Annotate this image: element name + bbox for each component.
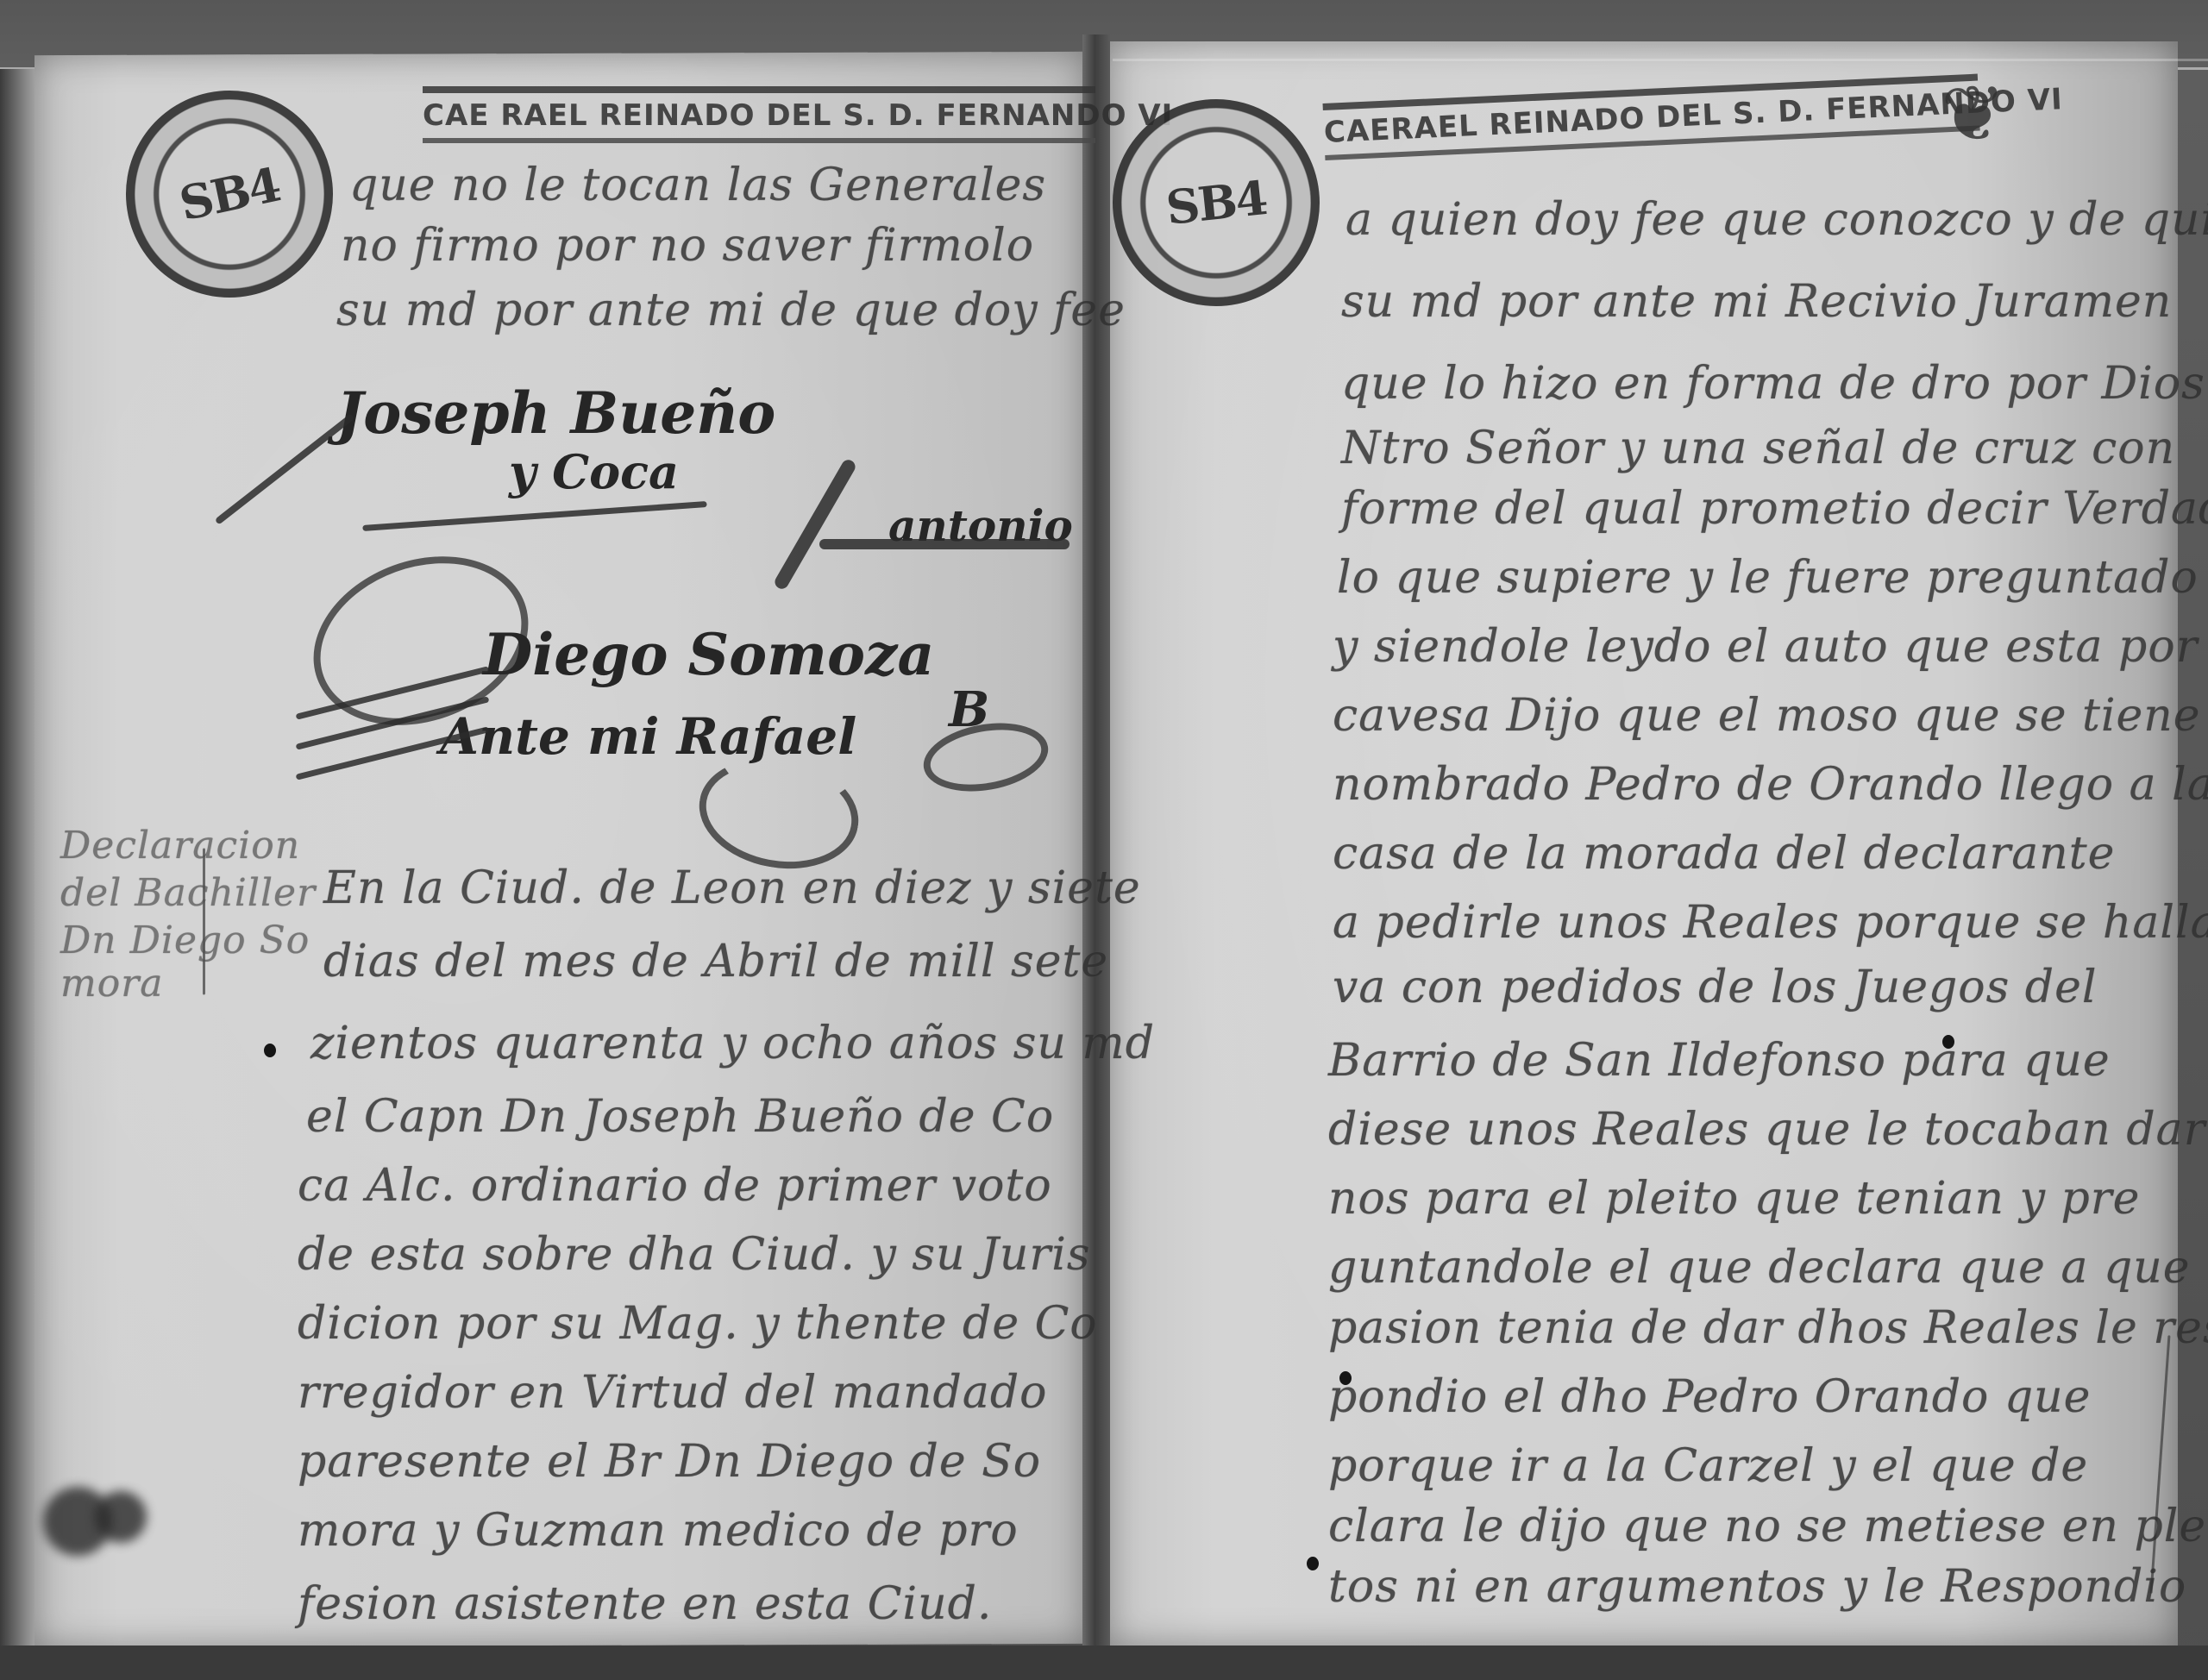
right-body-line: casa de la morada del declarante <box>1333 828 2115 880</box>
left-body-line: En la Ciud. de Leon en diez y siete <box>323 862 1141 914</box>
signature-coca: y Coca <box>509 444 679 499</box>
left-top-line: no firmo por no saver firmolo <box>341 220 1034 272</box>
signature-diego-somoza: Diego Somoza <box>483 621 934 688</box>
left-top-line: que no le tocan las Generales <box>349 160 1046 211</box>
page-border-line <box>2150 1335 2171 1593</box>
left-body-line: fesion asistente en esta Ciud. <box>298 1578 992 1630</box>
stamp-banner-left: CAE RAEL REINADO DEL S. D. FERNANDO VI <box>423 86 1095 143</box>
scan-dot-marker <box>264 1044 276 1057</box>
scan-dot-marker <box>1942 1035 1954 1049</box>
scan-bottom-edge <box>0 1646 2208 1680</box>
page-edge-left <box>0 69 38 1673</box>
right-body-line: guntandole el que declara que a que <box>1328 1242 2191 1294</box>
margin-note-line: Dn Diego So <box>60 918 310 962</box>
right-body-line: cavesa Dijo que el moso que se tiene <box>1333 690 2201 742</box>
signature-joseph-bueno: Joseph Bueño <box>336 379 775 447</box>
left-body-line: paresente el Br Dn Diego de So <box>298 1436 1041 1488</box>
ink-blot <box>95 1491 147 1543</box>
right-body-line: lo que supiere y le fuere preguntado <box>1337 552 2199 604</box>
margin-note-line: del Bachiller <box>60 871 316 915</box>
left-body-line: dicion por su Mag. y thente de Co <box>298 1298 1098 1350</box>
right-body-line: nos para el pleito que tenian y pre <box>1328 1173 2140 1225</box>
right-body-line: diese unos Reales que le tocaban dar <box>1328 1104 2206 1156</box>
left-body-line: dias del mes de Abril de mill sete <box>323 936 1108 987</box>
book-gutter <box>1082 34 1110 1656</box>
left-body-line: rregidor en Virtud del mandado <box>298 1367 1047 1419</box>
left-top-line: su md por ante mi de que doy fee <box>336 285 1126 336</box>
left-body-line: el Capn Dn Joseph Bueño de Co <box>306 1091 1054 1143</box>
seal-center-text: SB4 <box>176 161 284 228</box>
scan-dot-marker <box>1339 1371 1352 1385</box>
right-body-line: nombrado Pedro de Orando llego a la <box>1333 759 2208 811</box>
right-body-line: pasion tenia de dar dhos Reales le res <box>1328 1302 2208 1354</box>
scan-dot-marker <box>1307 1557 1319 1570</box>
right-body-line: forme del qual prometio decir Verdad en <box>1341 483 2208 535</box>
seal-center-text: SB4 <box>1164 174 1268 231</box>
right-body-line: que lo hizo en forma de dro por Dios <box>1341 358 2205 410</box>
right-body-line: tos ni en argumentos y le Respondio <box>1328 1561 2186 1613</box>
right-body-line: clara le dijo que no se metiese en plei <box>1328 1501 2208 1552</box>
right-body-line: y siendole leydo el auto que esta por <box>1333 621 2199 673</box>
right-body-line: pondio el dho Pedro Orando que <box>1328 1371 2091 1423</box>
signature-flourish <box>819 539 1069 549</box>
right-body-line: a pedirle unos Reales porque se halla <box>1333 897 2208 949</box>
left-body-line: ca Alc. ordinario de primer voto <box>298 1160 1052 1212</box>
flourish-icon: ❦ <box>1941 69 2005 160</box>
right-body-line: Ntro Señor y una señal de cruz con <box>1341 423 2175 474</box>
right-body-line: va con pedidos de los Juegos del <box>1333 962 2098 1013</box>
margin-note-line: mora <box>60 962 163 1006</box>
right-body-line: su md por ante mi Recivio Juramen <box>1341 276 2172 328</box>
right-body-line: Barrio de San Ildefonso para que <box>1328 1035 2111 1087</box>
right-body-line: porque ir a la Carzel y el que de <box>1328 1440 2088 1492</box>
signature-ante-mi: Ante mi Rafael <box>440 707 856 766</box>
margin-note-line: Declaracion <box>60 824 300 868</box>
scan-artifact-line <box>1113 59 2208 61</box>
left-body-line: mora y Guzman medico de pro <box>298 1505 1019 1557</box>
left-body-line: de esta sobre dha Ciud. y su Juris <box>298 1229 1091 1281</box>
right-body-line: a quien doy fee que conozco y de quien <box>1345 194 2208 246</box>
left-body-line: zientos quarenta y ocho años su md <box>310 1018 1155 1069</box>
